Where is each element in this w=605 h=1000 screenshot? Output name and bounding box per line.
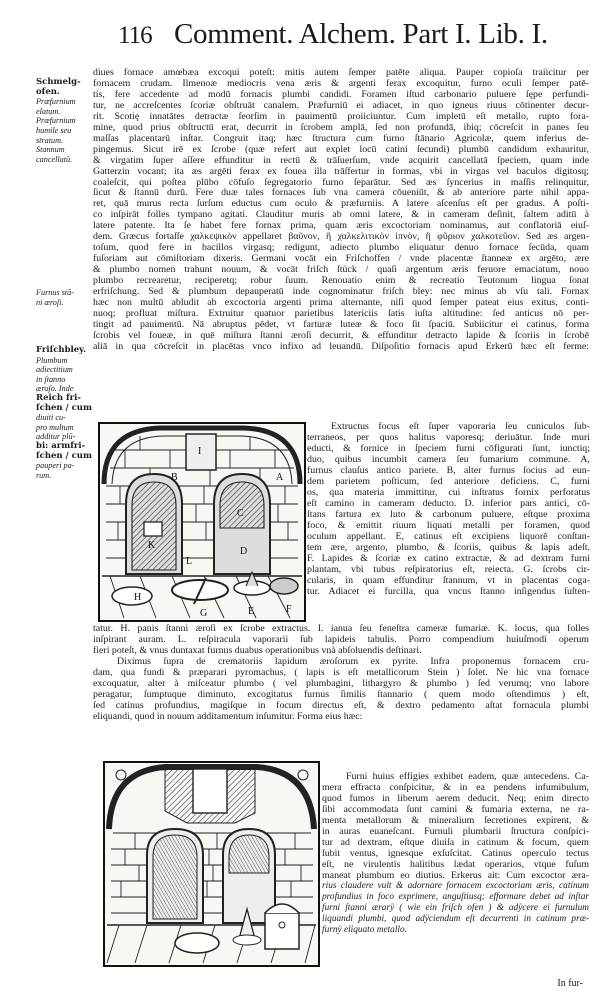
text-line: mine, quod prius obſtructū erat, decurri…	[93, 123, 589, 134]
text-line: ret, quā murus recta ſurſum eductus cum …	[93, 199, 589, 210]
text-line: coaleſcit, qui poſtea plūbo cōfuſo ſegre…	[93, 178, 589, 189]
text-line: erfriſchung. Sed & plumbum depauperatū i…	[93, 287, 589, 298]
margin-note-line: diuiti cu-	[36, 413, 92, 423]
figure-label-H: H	[134, 592, 141, 603]
text-line: peragatur, ſumptuque diminuto, excogitat…	[93, 690, 589, 701]
figure-1-description: Extructus focus eſt ſuper vaporaria ſeu …	[307, 421, 590, 597]
text-line: ſubit ventus, ignesque exſuſcitat. Catin…	[322, 848, 589, 859]
text-line: in auras euaneſcant. Furnuli plumbarii ſ…	[322, 826, 589, 837]
page-number: 116	[118, 22, 174, 50]
text-line: dem. Græcus fortaſſe χαλκεψικὸν appellar…	[93, 232, 589, 243]
catchword: In fur-	[557, 978, 583, 989]
text-line: dam, qua fundi & præparari pyromachus, (…	[93, 668, 589, 679]
margin-note-line: Præfurnium	[36, 97, 92, 107]
text-line: excoquatur, alter à miſceatur plumbo ( v…	[93, 679, 589, 690]
text-line: plumbo recrearetur, reciperetq; robur ſu…	[93, 276, 589, 287]
margin-note-line: Furnus stā-	[36, 288, 92, 298]
text-line: fornacem crudam. Ilmenoæ mediocris vena …	[93, 79, 589, 90]
margin-note-line: elatum.	[36, 107, 92, 117]
margin-note-line: humile seu	[36, 126, 92, 136]
text-line: oculum appellant. E, catinus eſt excipie…	[307, 531, 590, 542]
text-line: rit. Scotię innatātes detractæ ſeorſim i…	[93, 112, 589, 123]
text-line: eſt camino in cameram deducto. D. inferi…	[307, 498, 590, 509]
margin-note-line: ſchen / cum	[36, 404, 92, 414]
margin-note-line: Stannum	[36, 145, 92, 155]
figure-label-F: F	[286, 604, 292, 615]
text-line: duo, quibus incumbit camera ſeu fumarium…	[307, 454, 590, 465]
text-line: educti, & fornice in ſpeciem furni cōfig…	[307, 443, 590, 454]
text-line: liquandi plumbi, quod adÿciendum eſt dec…	[322, 914, 589, 925]
text-line: Furni huius effigies exhibet eadem, quæ …	[322, 771, 589, 782]
text-line: diues fornace amœbæa excoqui poteſt: mit…	[93, 68, 589, 79]
margin-note-3: Friſchbley. Plumbum adiectitium in ſtann…	[36, 346, 92, 480]
furnace-illustration-2	[105, 763, 318, 965]
text-line: nuoq; profluat miſtura. Extruitur quatuo…	[93, 309, 589, 320]
text-line: ſicut & ſtannū durū. Fere duæ tales forn…	[93, 188, 589, 199]
text-line: plantam, vbi tubus reſpiratorius eſt, re…	[307, 564, 590, 575]
text-line: furnÿ eliquato metallo.	[322, 925, 589, 936]
text-line: profundius in foco exprimere, anguſtiusq…	[322, 892, 589, 903]
figure-label-E: E	[248, 606, 254, 617]
text-line: os, qua materia immittitur, cui inſtratu…	[307, 487, 590, 498]
text-line: Gatterzin vocant; ita æs argēti ferax ex…	[93, 167, 589, 178]
text-line: ſcrobis vel foueæ, in quē miſtura ſtanni…	[93, 331, 589, 342]
text-line: tur, ne accreſcentes ſcoriæ obſtruāt can…	[93, 101, 589, 112]
figure-label-C: C	[237, 508, 244, 519]
margin-note-line: cancellatū.	[36, 155, 92, 165]
text-line: tingit ad pauimentū. Nā abruptus pēdet, …	[93, 320, 589, 331]
woodcut-figure-2	[103, 761, 320, 967]
margin-note-1: Schmelg- ofen. Præfurnium elatum. Præfur…	[36, 78, 92, 164]
furnace-illustration-1: I B A C K L D H G E F	[100, 424, 304, 620]
figure-label-A: A	[276, 472, 284, 483]
figure-2-description: Furni huius effigies exhibet eadem, quæ …	[322, 771, 589, 936]
text-line: eliquandi, quod in nouum additamentum in…	[93, 712, 589, 723]
text-line: ſtans fartura ex luto & carbonum puluere…	[307, 509, 590, 520]
text-line: tis, fere accedente ad modū fornacis plu…	[93, 90, 589, 101]
margin-note-line: Plumbum	[36, 356, 92, 366]
text-line: eſt, ne virulentis halitibus lædat opera…	[322, 859, 589, 870]
figure-label-L: L	[186, 556, 192, 567]
text-line: tem ære, argento, plumbo, & ſcoriis, qui…	[307, 542, 590, 553]
text-line: maneat plumbum eo diutius. Erkerus ait: …	[322, 870, 589, 881]
running-title: Comment. Alchem. Part I. Lib. I.	[174, 18, 548, 51]
text-line: quod fumos in liberum aerem deducit. Neq…	[322, 793, 589, 804]
margin-note-line: Friſchbley.	[36, 346, 92, 356]
body-text-middle: tatur. H. panis ſtanni æroſi ex ſcrobe e…	[93, 624, 589, 723]
text-line: toſum, quod fere in bacillos virgasq; re…	[93, 243, 589, 254]
margin-note-line: ni æroſi.	[36, 298, 92, 308]
margin-note-line: pauperi pa-	[36, 461, 92, 471]
text-line: menta metallorum & mineralium ſecretione…	[322, 815, 589, 826]
text-line: dem parietem poſticum, ſed anteriore def…	[307, 476, 590, 487]
figure-label-K: K	[148, 540, 156, 551]
text-line: tatur. H. panis ſtanni æroſi ex ſcrobe e…	[93, 624, 589, 635]
margin-note-line: Præfurnium	[36, 116, 92, 126]
figure-label-I: I	[198, 446, 201, 457]
text-line: hæc non multū abludit ab excoctoria arge…	[93, 298, 589, 309]
margin-note-line: adiectitium	[36, 365, 92, 375]
text-line: aliā in qua cōcreſcit in placētas vnco i…	[93, 342, 589, 353]
text-line: inſpirant auram. L. reſpiracula vaporari…	[93, 635, 589, 646]
text-line: maſſas placentarū inſtar. Congruit itaq;…	[93, 134, 589, 145]
woodcut-figure-1: I B A C K L D H G E F	[98, 422, 306, 622]
text-line: ſed catinus profundius, magiſque in focu…	[93, 701, 589, 712]
margin-note-line: stratum.	[36, 136, 92, 146]
text-line: terraneos, per quos halitus vaporesq; de…	[307, 432, 590, 443]
text-line: pingemus. Sicut irē ex ſcrobe (quæ refer…	[93, 145, 589, 156]
text-line: F. Lapides & ſcoriæ ex catino extractæ, …	[307, 553, 590, 564]
text-line: ſibi accommodata ſunt camini & fumaria e…	[322, 804, 589, 815]
text-line: tur ad dextram, eſtque diuiſa in catinum…	[322, 837, 589, 848]
text-line: mera effracta conſpicitur, & in ea pende…	[322, 782, 589, 793]
text-line: foco, & emittit riuum liquati metalli pe…	[307, 520, 590, 531]
margin-note-line: ofen.	[36, 88, 92, 98]
text-line: latere patente. Ita ſe habet fere fornax…	[93, 221, 589, 232]
text-line: cularis, in quam effunditur ſtannum, vt …	[307, 575, 590, 586]
text-line: tur. Adiacet ei furcilla, qua vncus ſtan…	[307, 586, 590, 597]
page-header: 116 Comment. Alchem. Part I. Lib. I.	[118, 18, 588, 54]
text-line: & virgatim ſuper aſſere effunditur in re…	[93, 156, 589, 167]
figure-label-B: B	[171, 472, 178, 483]
text-line: co inſpirāt folles tympano agitati. Clau…	[93, 210, 589, 221]
text-line: rius claudere vult & adornare fornacem e…	[322, 881, 589, 892]
margin-note-line: in ſtanno	[36, 375, 92, 385]
text-line: & plumbo nomen trahunt nouum, & vocāt fr…	[93, 265, 589, 276]
figure-label-G: G	[200, 608, 207, 619]
margin-note-line: ſchen / cum	[36, 452, 92, 462]
text-line: furnus clauſus antico pariete. B, alter …	[307, 465, 590, 476]
text-line: fuſoriam aut cōmiſtoriam dixeris. German…	[93, 254, 589, 265]
text-line: fieri poteſt, & vnus duntaxat furnus dua…	[93, 646, 589, 657]
margin-note-line: rum.	[36, 471, 92, 481]
body-text-top: diues fornace amœbæa excoqui poteſt: mit…	[93, 68, 589, 353]
margin-note-line: pro multum	[36, 423, 92, 433]
figure-label-D: D	[240, 546, 247, 557]
text-line: Diximus ſupra de crematoriis lapidum æro…	[93, 657, 589, 668]
text-line: Extructus focus eſt ſuper vaporaria ſeu …	[307, 421, 590, 432]
text-line: furni ſtanni ærarÿ ( wie ein friſch ofen…	[322, 903, 589, 914]
margin-note-2: Furnus stā- ni æroſi.	[36, 288, 92, 307]
